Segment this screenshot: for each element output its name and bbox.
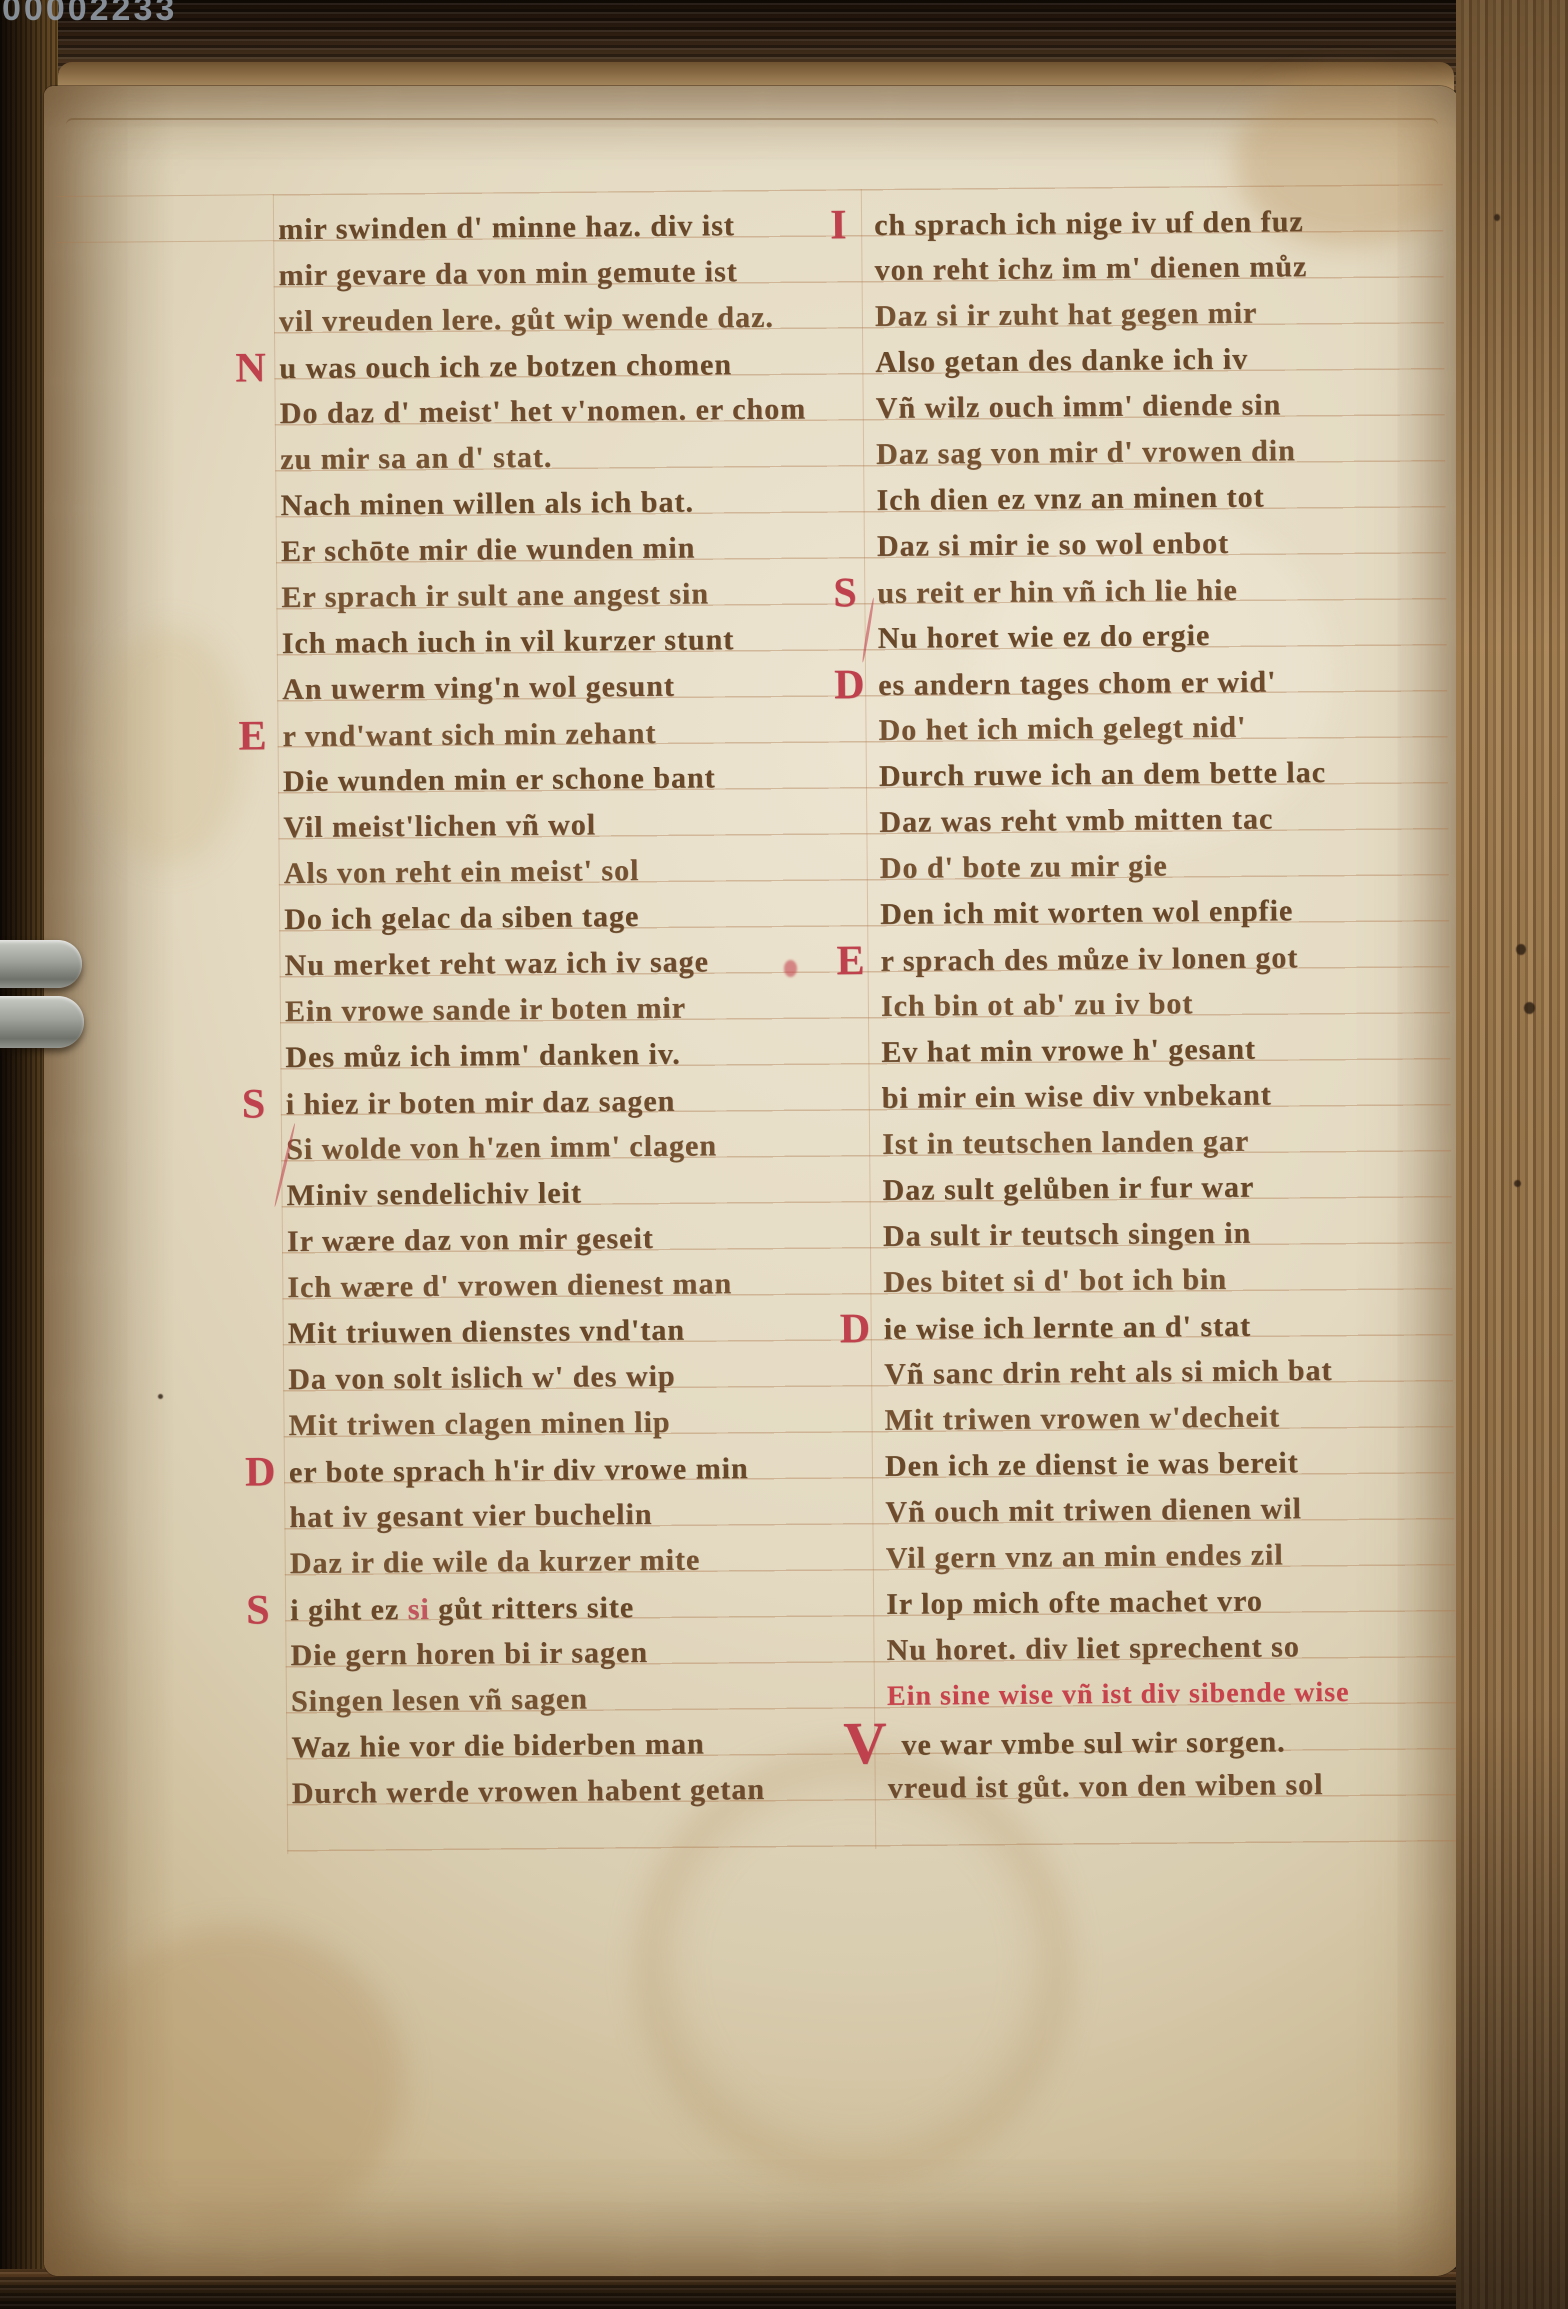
clasp-bar (0, 996, 84, 1048)
manuscript-line: Den ich mit worten wol enpfie (836, 888, 1294, 938)
manuscript-line: Daz sag von mir d' vrowen din (832, 428, 1296, 478)
manuscript-line: Ir wære daz von mir geseit (243, 1216, 654, 1266)
manuscript-line: Mit triwen vrowen w'decheit (840, 1394, 1280, 1444)
manuscript-line: Ich mach iuch in vil kurzer stunt (238, 617, 735, 667)
manuscript-line: Ich dien ez vnz an minen tot (832, 475, 1264, 525)
manuscript-line: vil vreuden lere. gůt wip wende daz. (235, 295, 774, 346)
red-speck (784, 960, 797, 977)
manuscript-line: Vñ sanc drin reht als si mich bat (840, 1348, 1333, 1398)
manuscript-line: Durch werde vrowen habent getan (248, 1767, 766, 1818)
manuscript-line: Er sprach ir sult ane angest sin (237, 571, 709, 621)
manuscript-line: Ev hat min vrowe h' gesant (837, 1027, 1256, 1077)
clasp-bar (0, 940, 82, 988)
manuscript-line: Daz was reht vmb mitten tac (835, 796, 1273, 846)
rubric-initial: N (235, 345, 279, 391)
clasp (0, 932, 90, 1064)
ink-speck (1514, 1180, 1521, 1187)
ink-speck (1524, 1002, 1535, 1014)
manuscript-line: Er schōte mir die wunden min (237, 526, 696, 576)
rubric-initial: V (843, 1720, 901, 1767)
ruling-extension (57, 194, 273, 197)
manuscript-line: Der bote sprach h'ir div vrowe min (245, 1445, 749, 1495)
manuscript-line: Des bitet si d' bot ich bin (839, 1257, 1227, 1306)
manuscript-line: Die gern horen bi ir sagen (246, 1630, 648, 1680)
ink-speck (1494, 214, 1500, 221)
manuscript-line: Den ich ze dienst ie was bereit (841, 1440, 1299, 1490)
manuscript-line: Nach minen willen als ich bat. (236, 480, 694, 530)
book-fore-edge (1456, 0, 1568, 2309)
manuscript-line: Daz si ir zuht hat gegen mir (831, 291, 1258, 341)
rubric-initial: S (242, 1081, 286, 1127)
manuscript-line: Nu was ouch ich ze botzen chomen (235, 341, 732, 391)
manuscript-line: Vil meist'lichen vñ wol (239, 802, 596, 851)
manuscript-line: Do d' bote zu mir gie (836, 843, 1168, 892)
manuscript-line: Daz sult gelůben ir fur war (838, 1165, 1254, 1215)
manuscript-line: Des můz ich imm' danken iv. (241, 1032, 681, 1082)
manuscript-line: Er vnd'want sich min zehant (238, 710, 656, 760)
manuscript-photo: mir swinden d' minne haz. div istmir gev… (0, 0, 1568, 2309)
rubric-initial: D (840, 1306, 884, 1352)
manuscript-line: Vñ ouch mit triwen dienen wil (841, 1486, 1302, 1536)
manuscript-line: Die wise ich lernte an d' stat (840, 1303, 1252, 1353)
manuscript-line: zu mir sa an d' stat. (236, 435, 553, 484)
rubric-initial: D (245, 1449, 289, 1495)
manuscript-line: An uwerm ving'n wol gesunt (238, 664, 675, 714)
rubric-initial: S (246, 1587, 290, 1633)
manuscript-line: Als von reht ein meist' sol (240, 848, 640, 897)
rubric-initial: I (830, 202, 874, 248)
manuscript-line: Vñ wilz ouch imm' diende sin (832, 382, 1282, 432)
manuscript-line: Ir lop mich ofte machet vro (842, 1579, 1263, 1629)
rubric-initial: E (238, 713, 282, 759)
red-touched-word: si (408, 1593, 430, 1626)
rubric-line: Ein sine wise vñ ist div sibende wise (843, 1670, 1350, 1720)
manuscript-line: Ich bin ot ab' zu iv bot (837, 981, 1194, 1030)
manuscript-line: Mit triwen clagen minen lip (244, 1400, 670, 1450)
manuscript-line: Do ich gelac da siben tage (240, 894, 640, 943)
manuscript-line: Daz si mir ie so wol enbot (833, 521, 1229, 570)
manuscript-line: Si hiez ir boten mir daz sagen (242, 1078, 676, 1128)
manuscript-line: Ist in teutschen landen gar (838, 1119, 1249, 1169)
manuscript-line: Daz ir die wile da kurzer mite (246, 1537, 701, 1587)
manuscript-line: Miniv sendelichiv leit (242, 1171, 582, 1220)
manuscript-line: Si wolde von h'zen imm' clagen (242, 1123, 717, 1173)
manuscript-line: Singen lesen vñ sagen (247, 1676, 588, 1725)
parchment-page: mir swinden d' minne haz. div istmir gev… (44, 86, 1464, 2276)
manuscript-line: bi mir ein wise div vnbekant (838, 1072, 1272, 1122)
manuscript-line: Durch ruwe ich an dem bette lac (835, 750, 1326, 800)
ink-speck (1516, 944, 1526, 955)
manuscript-line: Nu merket reht waz ich iv sage (240, 939, 709, 989)
text-block: mir swinden d' minne haz. div istmir gev… (38, 80, 1477, 2282)
manuscript-line: Vil gern vnz an min endes zil (842, 1532, 1284, 1582)
manuscript-line: Da von solt islich w' des wip (244, 1354, 676, 1404)
manuscript-line: Also getan des danke ich iv (831, 337, 1248, 387)
manuscript-line: Des andern tages chom er wid' (834, 658, 1277, 708)
manuscript-line: Ich sprach ich nige iv uf den fuz (830, 198, 1304, 248)
rubric-initial: D (834, 662, 878, 708)
manuscript-line: Ein vrowe sande ir boten mir (241, 986, 686, 1036)
manuscript-line: hat iv gesant vier buchelin (245, 1492, 653, 1542)
manuscript-line: Waz hie vor die biderben man (247, 1721, 705, 1771)
ink-speck (158, 1394, 163, 1399)
manuscript-line: Vve war vmbe sul wir sorgen. (843, 1716, 1286, 1766)
manuscript-line: Er sprach des můze iv lonen got (836, 934, 1298, 984)
manuscript-line: Do het ich mich gelegt nid' (834, 705, 1246, 755)
manuscript-line: Da sult ir teutsch singen in (839, 1211, 1252, 1261)
manuscript-line: Si giht ez si gůt ritters site (246, 1584, 634, 1633)
manuscript-line: Sus reit er hin vñ ich lie hie (833, 567, 1238, 617)
manuscript-line: mir swinden d' minne haz. div ist (234, 203, 735, 253)
manuscript-line: Mit triuwen dienstes vnd'tan (244, 1308, 686, 1358)
rubric-initial: E (836, 938, 880, 984)
manuscript-line: Ich wære d' vrowen dienest man (243, 1261, 732, 1311)
manuscript-line: mir gevare da von min gemute ist (234, 249, 738, 299)
manuscript-line: von reht ichz im m' dienen můz (830, 244, 1307, 294)
watermark-number: 00002233 (2, 0, 177, 29)
manuscript-line: Nu horet wie ez do ergie (834, 613, 1211, 662)
manuscript-line: Die wunden min er schone bant (239, 755, 716, 805)
manuscript-line: Nu horet. div liet sprechent so (842, 1624, 1300, 1674)
manuscript-line: Do daz d' meist' het v'nomen. er chom (236, 387, 807, 438)
manuscript-line: vreud ist gůt. von den wiben sol (844, 1762, 1324, 1812)
